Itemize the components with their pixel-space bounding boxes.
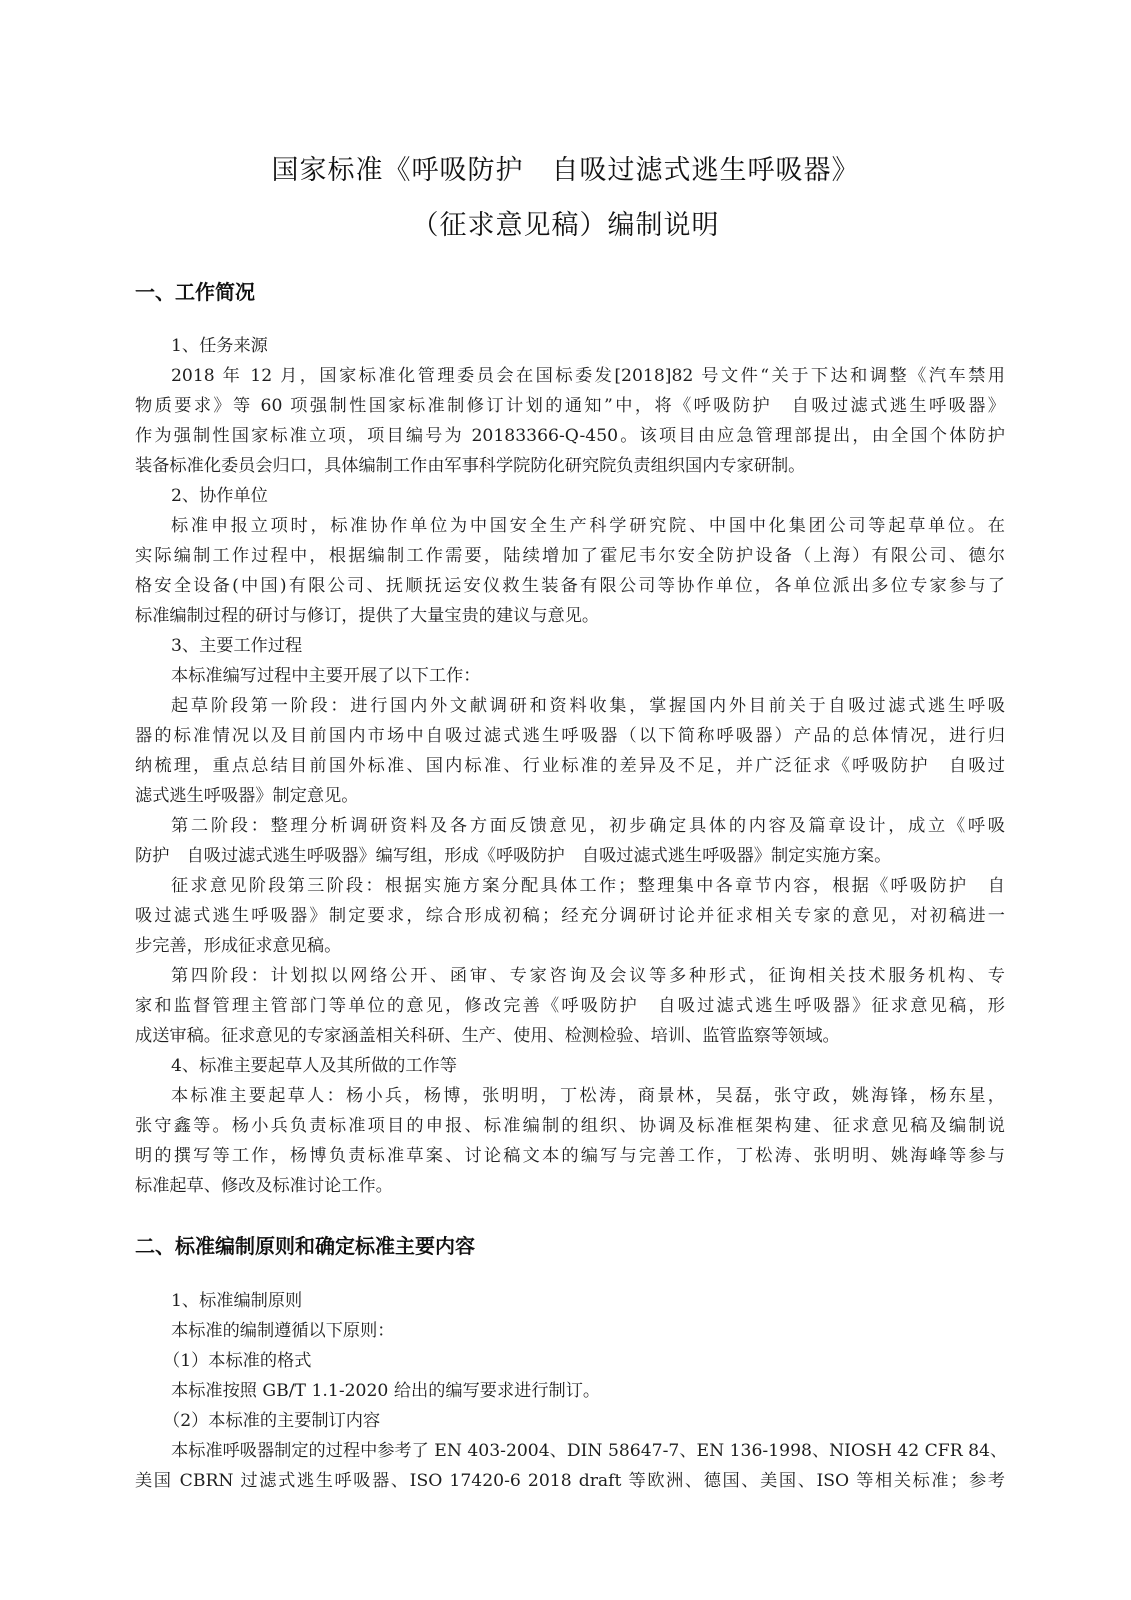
paragraph-line: 实际编制工作过程中，根据编制工作需要，陆续增加了霍尼韦尔安全防护设备（上海）有限…	[135, 541, 1005, 571]
section2-sub1-heading: 1、标准编制原则	[171, 1286, 1005, 1316]
paragraph-line: 标准起草、修改及标准讨论工作。	[135, 1171, 1005, 1201]
document-title-line1: 国家标准《呼吸防护 自吸过滤式逃生呼吸器》	[0, 148, 1131, 187]
paragraph-line: 作为强制性国家标准立项，项目编号为 20183366-Q-450。该项目由应急管…	[135, 421, 1005, 451]
document-title-line2: （征求意见稿）编制说明	[0, 203, 1131, 242]
paragraph-line: 步完善，形成征求意见稿。	[135, 931, 1005, 961]
paragraph-line: 家和监督管理主管部门等单位的意见，修改完善《呼吸防护 自吸过滤式逃生呼吸器》征求…	[135, 991, 1005, 1021]
paragraph-line: 第二阶段：整理分析调研资料及各方面反馈意见，初步确定具体的内容及篇章设计，成立《…	[171, 811, 1005, 841]
paragraph-line: 美国 CBRN 过滤式逃生呼吸器、ISO 17420-6 2018 draft …	[135, 1466, 1005, 1496]
paragraph-line: 纳梳理，重点总结目前国外标准、国内标准、行业标准的差异及不足，并广泛征求《呼吸防…	[135, 751, 1005, 781]
paragraph-line: 张守鑫等。杨小兵负责标准项目的申报、标准编制的组织、协调及标准框架构建、征求意见…	[135, 1111, 1005, 1141]
paragraph-line: 标准编制过程的研讨与修订，提供了大量宝贵的建议与意见。	[135, 601, 1005, 631]
paragraph-line: 第四阶段：计划拟以网络公开、函审、专家咨询及会议等多种形式，征询相关技术服务机构…	[171, 961, 1005, 991]
paragraph-line: 征求意见阶段第三阶段：根据实施方案分配具体工作；整理集中各章节内容，根据《呼吸防…	[171, 871, 1005, 901]
section2-heading: 二、标准编制原则和确定标准主要内容	[135, 1230, 475, 1259]
paragraph-line: 本标准的编制遵循以下原则：	[171, 1316, 1005, 1346]
paragraph-line: 本标准主要起草人：杨小兵，杨博，张明明，丁松涛，商景林，吴磊，张守政，姚海锋，杨…	[171, 1081, 1005, 1111]
document-page: 国家标准《呼吸防护 自吸过滤式逃生呼吸器》 （征求意见稿）编制说明 一、工作简况…	[0, 0, 1131, 1600]
sub1-heading: 1、任务来源	[171, 331, 1005, 361]
sub2-heading: 2、协作单位	[171, 481, 1005, 511]
paragraph-line: 标准申报立项时，标准协作单位为中国安全生产科学研究院、中国中化集团公司等起草单位…	[171, 511, 1005, 541]
sub3-heading: 3、主要工作过程	[171, 631, 1005, 661]
paragraph-line: 格安全设备(中国)有限公司、抚顺抚运安仪救生装备有限公司等协作单位，各单位派出多…	[135, 571, 1005, 601]
paragraph-line: 本标准按照 GB/T 1.1-2020 给出的编写要求进行制订。	[171, 1376, 1005, 1406]
item2-heading: （2）本标准的主要制订内容	[163, 1406, 1005, 1436]
section1-heading: 一、工作简况	[135, 276, 255, 305]
paragraph-line: 物质要求》等 60 项强制性国家标准制修订计划的通知”中，将《呼吸防护 自吸过滤…	[135, 391, 1005, 421]
item1-heading: （1）本标准的格式	[163, 1346, 1005, 1376]
paragraph-line: 滤式逃生呼吸器》制定意见。	[135, 781, 1005, 811]
paragraph-line: 本标准编写过程中主要开展了以下工作：	[171, 661, 1005, 691]
paragraph-line: 器的标准情况以及目前国内市场中自吸过滤式逃生呼吸器（以下简称呼吸器）产品的总体情…	[135, 721, 1005, 751]
paragraph-line: 防护 自吸过滤式逃生呼吸器》编写组，形成《呼吸防护 自吸过滤式逃生呼吸器》制定实…	[135, 841, 1005, 871]
sub4-heading: 4、标准主要起草人及其所做的工作等	[171, 1051, 1005, 1081]
paragraph-line: 起草阶段第一阶段：进行国内外文献调研和资料收集，掌握国内外目前关于自吸过滤式逃生…	[171, 691, 1005, 721]
paragraph-line: 2018 年 12 月，国家标准化管理委员会在国标委发[2018]82 号文件“…	[171, 361, 1005, 391]
paragraph-line: 明的撰写等工作，杨博负责标准草案、讨论稿文本的编写与完善工作，丁松涛、张明明、姚…	[135, 1141, 1005, 1171]
paragraph-line: 成送审稿。征求意见的专家涵盖相关科研、生产、使用、检测检验、培训、监管监察等领域…	[135, 1021, 1005, 1051]
paragraph-line: 吸过滤式逃生呼吸器》制定要求，综合形成初稿；经充分调研讨论并征求相关专家的意见，…	[135, 901, 1005, 931]
paragraph-line: 装备标准化委员会归口，具体编制工作由军事科学院防化研究院负责组织国内专家研制。	[135, 451, 1005, 481]
paragraph-line: 本标准呼吸器制定的过程中参考了 EN 403-2004、DIN 58647-7、…	[171, 1436, 1005, 1466]
